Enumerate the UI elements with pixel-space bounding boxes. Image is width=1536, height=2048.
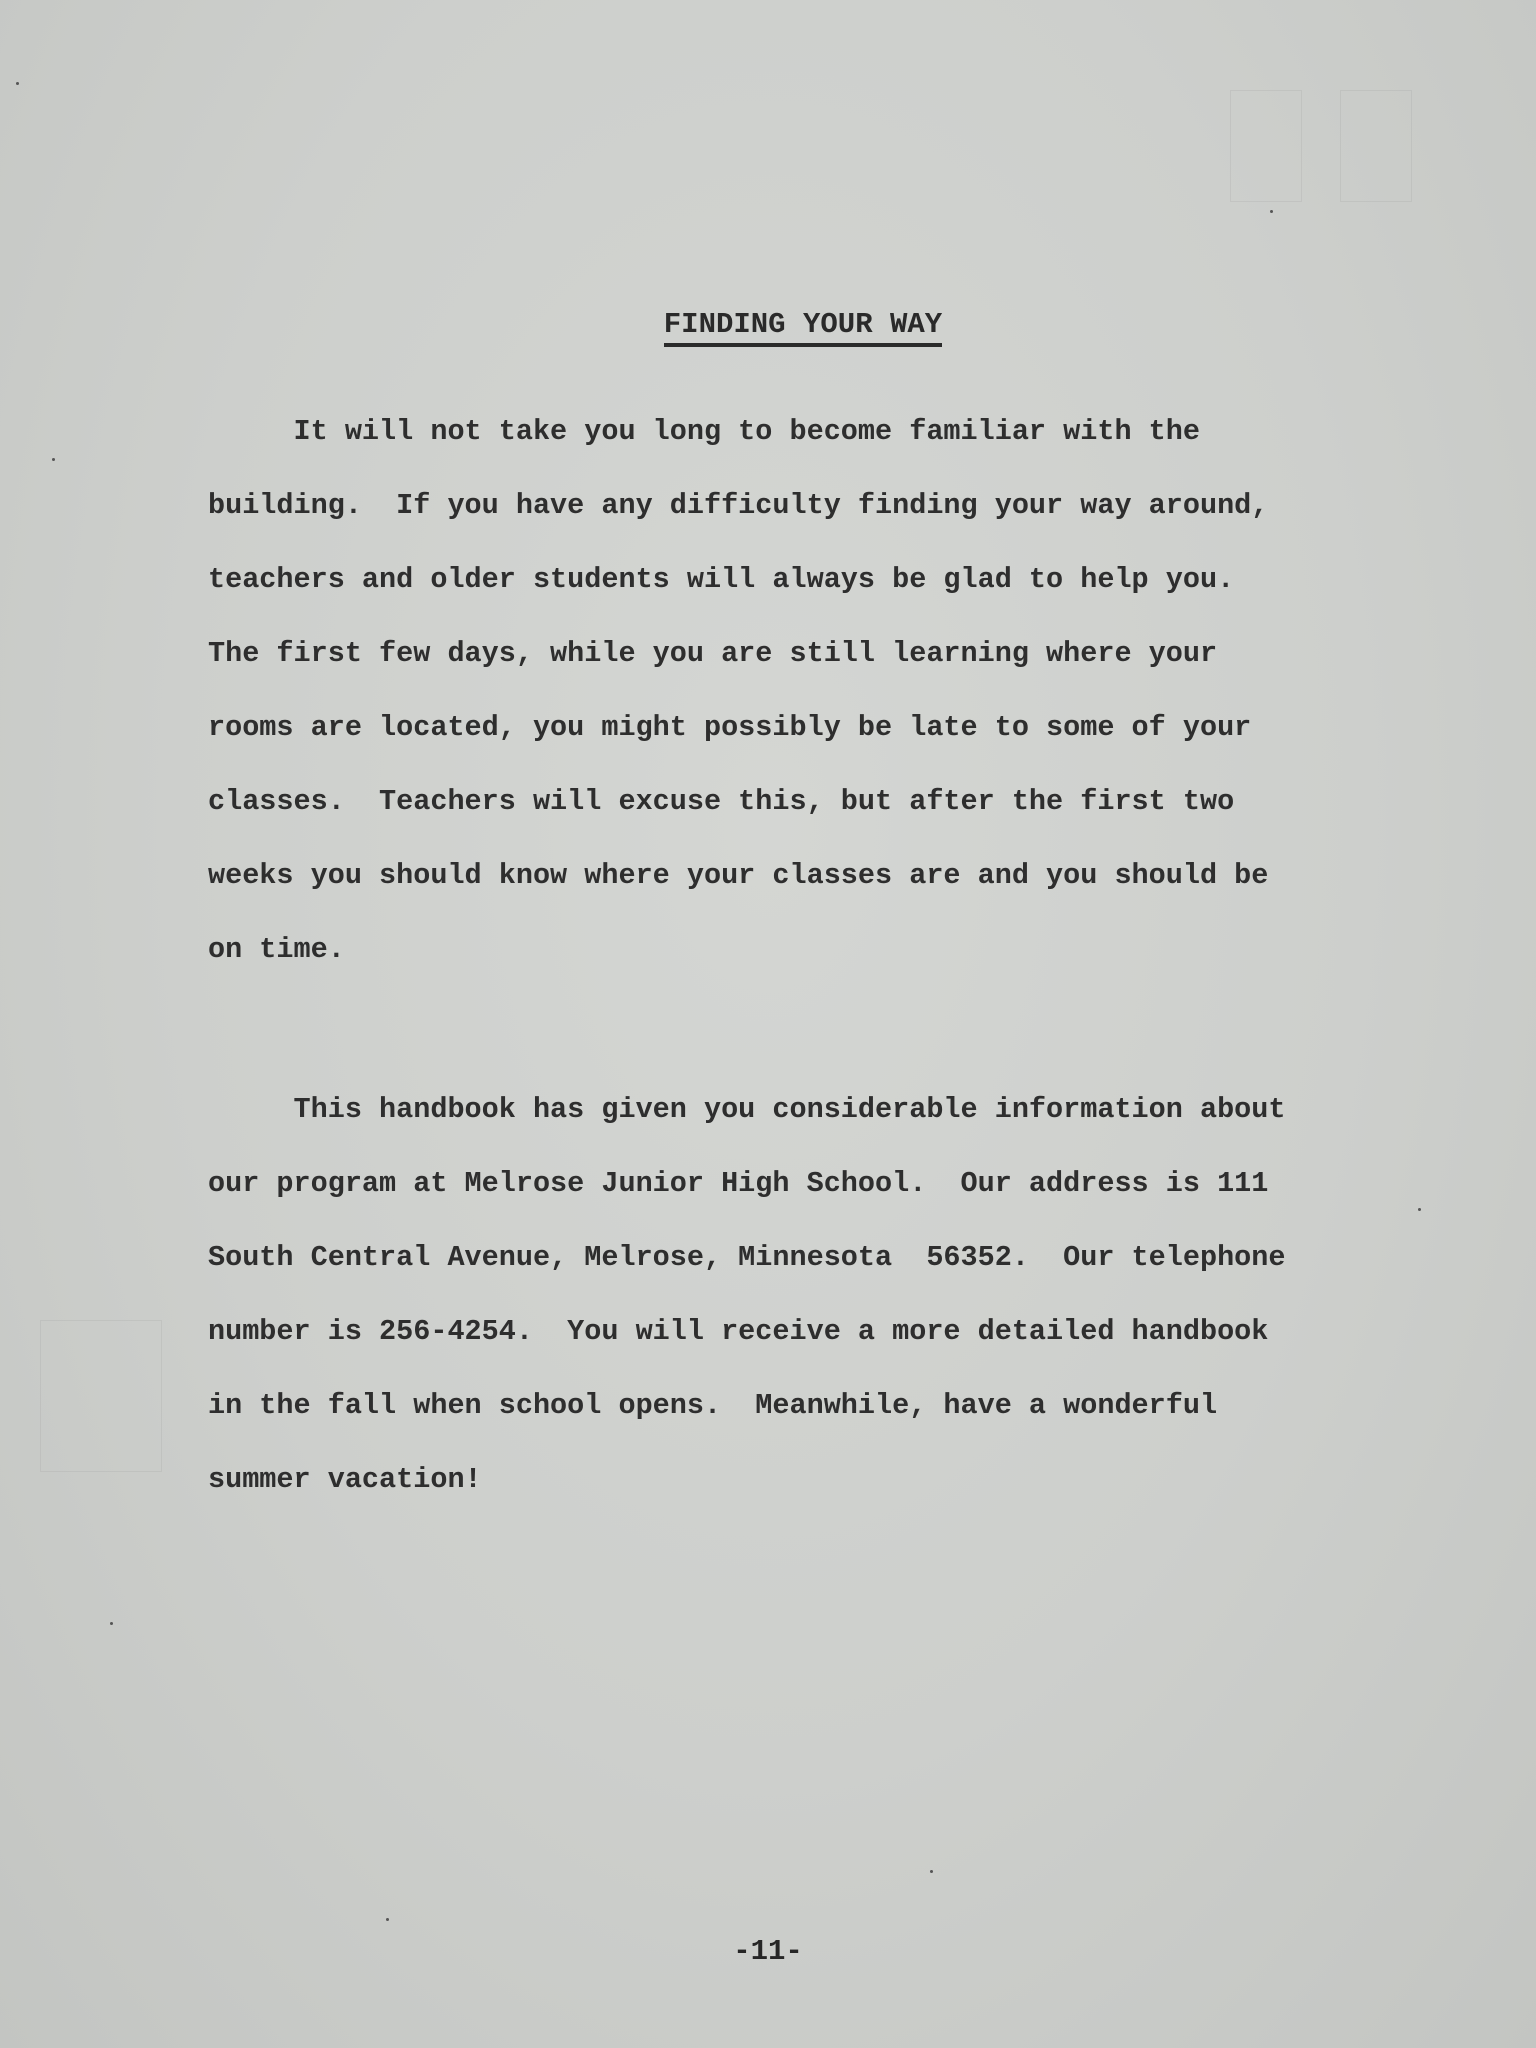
paper-speck — [386, 1918, 389, 1921]
text-line: our program at Melrose Junior High Schoo… — [208, 1164, 1268, 1204]
bleed-through-box — [40, 1320, 162, 1472]
page-number: -11- — [0, 1935, 1536, 1968]
page-title: FINDING YOUR WAY — [0, 308, 1536, 347]
paper-speck — [930, 1870, 933, 1873]
paper-speck — [16, 82, 19, 85]
text-line: building. If you have any difficulty fin… — [208, 486, 1268, 526]
bleed-through-box — [1230, 90, 1302, 202]
text-line: in the fall when school opens. Meanwhile… — [208, 1386, 1217, 1426]
page-title-text: FINDING YOUR WAY — [664, 308, 942, 347]
text-line: number is 256-4254. You will receive a m… — [208, 1312, 1268, 1352]
text-line: This handbook has given you considerable… — [208, 1090, 1285, 1130]
text-line: teachers and older students will always … — [208, 560, 1234, 600]
paper-speck — [52, 458, 55, 461]
text-line: classes. Teachers will excuse this, but … — [208, 782, 1234, 822]
text-line: weeks you should know where your classes… — [208, 856, 1268, 896]
paper-speck — [1418, 1208, 1421, 1211]
paper-speck — [110, 1622, 113, 1625]
text-line: South Central Avenue, Melrose, Minnesota… — [208, 1238, 1285, 1278]
text-line: summer vacation! — [208, 1460, 482, 1500]
text-line: on time. — [208, 930, 345, 970]
bleed-through-box — [1340, 90, 1412, 202]
text-line: The first few days, while you are still … — [208, 634, 1217, 674]
text-line: rooms are located, you might possibly be… — [208, 708, 1251, 748]
document-page: FINDING YOUR WAY It will not take you lo… — [0, 0, 1536, 2048]
paper-speck — [1270, 210, 1273, 213]
text-line: It will not take you long to become fami… — [208, 412, 1200, 452]
